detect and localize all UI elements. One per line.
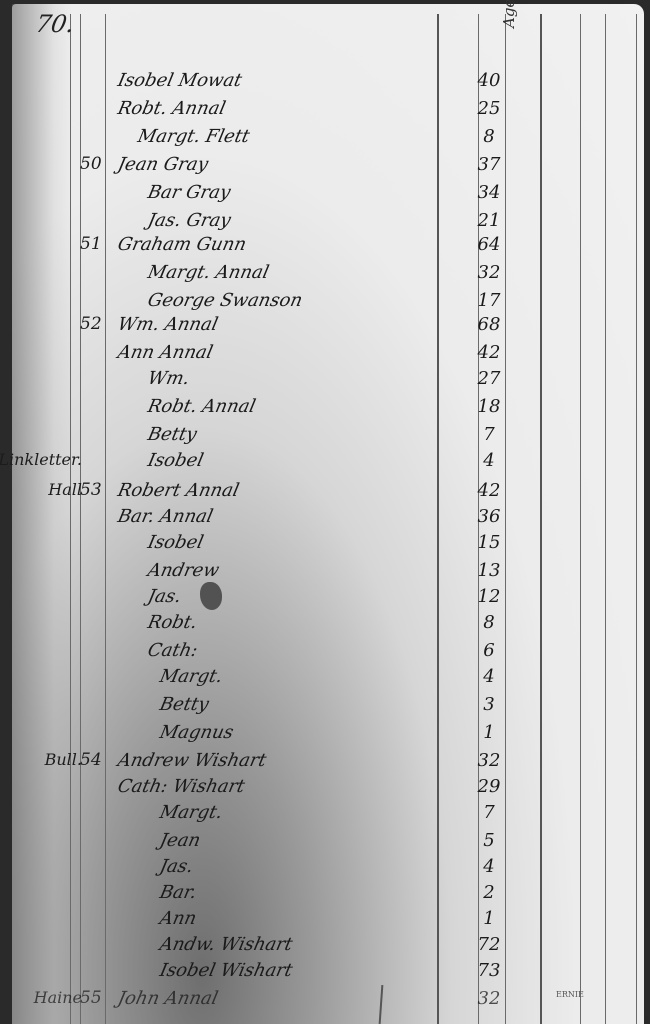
person-name: Wm. — [146, 368, 192, 389]
census-entry-row: Margt.4 — [0, 666, 650, 692]
house-number: 55 — [80, 988, 106, 1008]
person-name: Isobel — [146, 450, 206, 471]
census-entry-row: Bull.54Andrew Wishart32 — [0, 750, 650, 776]
person-age: 13 — [473, 560, 505, 581]
person-name: Isobel Wishart — [158, 960, 295, 981]
person-name: Margt. Flett — [136, 126, 252, 147]
person-age: 34 — [473, 182, 505, 203]
person-age: 6 — [473, 640, 505, 661]
census-entry-row: Isobel15 — [0, 532, 650, 558]
person-name: Margt. Annal — [146, 262, 271, 283]
person-name: Jas. Gray — [146, 210, 233, 231]
census-entry-row: Jean5 — [0, 830, 650, 856]
census-entry-row: Margt. Flett8 — [0, 126, 650, 152]
person-age: 7 — [473, 802, 505, 823]
person-age: 64 — [473, 234, 505, 255]
person-age: 12 — [473, 586, 505, 607]
person-name: Andrew — [146, 560, 221, 581]
census-entry-row: George Swanson17 — [0, 290, 650, 316]
person-age: 32 — [473, 750, 505, 771]
census-entry-row: Hall53Robert Annal42 — [0, 480, 650, 506]
archive-stamp: ERNIE — [556, 990, 584, 999]
house-number: 53 — [80, 480, 106, 500]
person-name: Robt. Annal — [146, 396, 258, 417]
page-number: 70. — [34, 10, 77, 38]
person-age: 73 — [473, 960, 505, 981]
census-entry-row: Betty7 — [0, 424, 650, 450]
person-age: 1 — [473, 722, 505, 743]
person-name: George Swanson — [146, 290, 305, 311]
person-name: Betty — [158, 694, 211, 715]
person-name: Magnus — [158, 722, 236, 743]
person-age: 32 — [473, 988, 505, 1009]
census-entry-row: Magnus1 — [0, 722, 650, 748]
census-entry-row: Robt.8 — [0, 612, 650, 638]
ink-blot — [200, 582, 222, 610]
age-column-header: Age — [500, 0, 518, 28]
person-age: 3 — [473, 694, 505, 715]
person-age: 29 — [473, 776, 505, 797]
census-entry-row: Jas.12 — [0, 586, 650, 612]
person-age: 4 — [473, 856, 505, 877]
person-age: 21 — [473, 210, 505, 231]
census-entry-row: Bar.2 — [0, 882, 650, 908]
person-age: 18 — [473, 396, 505, 417]
census-entry-row: Jas.4 — [0, 856, 650, 882]
census-entry-row: 51Graham Gunn64 — [0, 234, 650, 260]
person-age: 7 — [473, 424, 505, 445]
census-entry-row: 52Wm. Annal68 — [0, 314, 650, 340]
person-name: John Annal — [116, 988, 220, 1009]
house-number: 51 — [80, 234, 106, 254]
census-entry-row: 50Jean Gray37 — [0, 154, 650, 180]
person-name: Bar Gray — [146, 182, 233, 203]
margin-place-name: Bull. — [45, 750, 82, 769]
census-entry-row: Ann Annal42 — [0, 342, 650, 368]
person-name: Jean Gray — [116, 154, 210, 175]
house-number: 50 — [80, 154, 106, 174]
person-age: 5 — [473, 830, 505, 851]
person-age: 8 — [473, 612, 505, 633]
person-age: 32 — [473, 262, 505, 283]
person-age: 36 — [473, 506, 505, 527]
person-age: 1 — [473, 908, 505, 929]
person-name: Robt. Annal — [116, 98, 228, 119]
margin-place-name: Haine — [34, 988, 82, 1007]
census-entry-row: Betty3 — [0, 694, 650, 720]
person-name: Ann — [158, 908, 199, 929]
person-name: Cath: Wishart — [116, 776, 247, 797]
person-age: 17 — [473, 290, 505, 311]
person-name: Jean — [158, 830, 203, 851]
census-entry-row: Isobel Mowat40 — [0, 70, 650, 96]
census-entry-row: Jas. Gray21 — [0, 210, 650, 236]
census-entry-row: Linkletter.Isobel4 — [0, 450, 650, 476]
house-number: 52 — [80, 314, 106, 334]
census-entry-row: Robt. Annal25 — [0, 98, 650, 124]
person-age: 72 — [473, 934, 505, 955]
person-age: 40 — [473, 70, 505, 91]
person-name: Robt. — [146, 612, 199, 633]
census-entry-row: Andrew13 — [0, 560, 650, 586]
person-age: 4 — [473, 666, 505, 687]
census-entry-row: Ann1 — [0, 908, 650, 934]
person-age: 2 — [473, 882, 505, 903]
person-age: 37 — [473, 154, 505, 175]
house-number: 54 — [80, 750, 106, 770]
person-age: 42 — [473, 480, 505, 501]
census-entry-row: Wm.27 — [0, 368, 650, 394]
person-name: Jas. — [146, 586, 183, 607]
person-age: 25 — [473, 98, 505, 119]
census-entry-row: Cath:6 — [0, 640, 650, 666]
margin-place-name: Hall — [48, 480, 82, 499]
census-entry-row: Haine55John Annal32 — [0, 988, 650, 1014]
census-entry-row: Bar Gray34 — [0, 182, 650, 208]
person-name: Margt. — [158, 666, 225, 687]
person-name: Margt. — [158, 802, 225, 823]
census-entry-row: Robt. Annal18 — [0, 396, 650, 422]
person-name: Graham Gunn — [116, 234, 248, 255]
person-name: Bar. Annal — [116, 506, 215, 527]
person-name: Jas. — [158, 856, 195, 877]
person-name: Isobel — [146, 532, 206, 553]
person-name: Cath: — [146, 640, 200, 661]
person-age: 4 — [473, 450, 505, 471]
person-age: 27 — [473, 368, 505, 389]
person-age: 8 — [473, 126, 505, 147]
margin-place-name: Linkletter. — [0, 450, 82, 469]
person-age: 15 — [473, 532, 505, 553]
person-age: 42 — [473, 342, 505, 363]
census-entry-row: Isobel Wishart73 — [0, 960, 650, 986]
person-name: Isobel Mowat — [116, 70, 244, 91]
census-entry-row: Margt.7 — [0, 802, 650, 828]
person-age: 68 — [473, 314, 505, 335]
person-name: Ann Annal — [116, 342, 215, 363]
person-name: Bar. — [158, 882, 199, 903]
census-entry-row: Bar. Annal36 — [0, 506, 650, 532]
person-name: Betty — [146, 424, 199, 445]
person-name: Wm. Annal — [116, 314, 220, 335]
person-name: Andw. Wishart — [158, 934, 295, 955]
person-name: Andrew Wishart — [116, 750, 268, 771]
person-name: Robert Annal — [116, 480, 241, 501]
census-entry-row: Margt. Annal32 — [0, 262, 650, 288]
census-entry-row: Andw. Wishart72 — [0, 934, 650, 960]
census-entry-row: Cath: Wishart29 — [0, 776, 650, 802]
